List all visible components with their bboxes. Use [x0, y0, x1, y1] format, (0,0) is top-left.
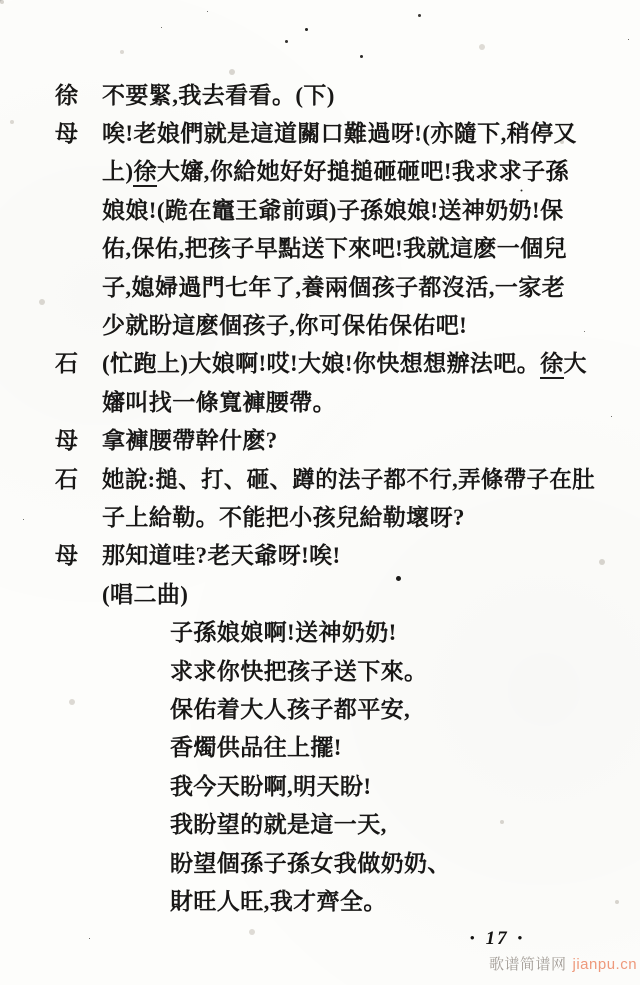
line-text: 子孫娘娘啊!送神奶奶! — [170, 614, 397, 647]
script-line: 石(忙跑上)大娘啊!哎!大娘!你快想想辦法吧。徐大 — [55, 343, 615, 381]
script-line: 佑,保佑,把孩子早點送下來吧!我就這麽一個兒 — [55, 228, 615, 266]
line-text: 少就盼這麽個孩子,你可保佑保佑吧! — [102, 307, 467, 340]
script-line: 母那知道哇?老天爺呀!唉! — [55, 535, 615, 573]
script-line: 徐不要緊,我去看看。(下) — [55, 74, 615, 112]
line-text: 佑,保佑,把孩子早點送下來吧!我就這麽一個兒 — [102, 230, 567, 263]
scanned-page: 徐不要緊,我去看看。(下)母唉!老娘們就是這道關口難過呀!(亦隨下,稍停又上)徐… — [0, 0, 640, 985]
page-number: • 17 • — [470, 928, 524, 950]
speaker-label: 母 — [55, 115, 102, 148]
speaker-label: 徐 — [55, 77, 102, 110]
script-line: 上)徐大嬸,你給她好好搥搥砸砸吧!我求求子孫 — [55, 151, 615, 189]
speaker-label: 母 — [55, 422, 102, 455]
watermark-domain: jianpu.cn — [573, 956, 638, 973]
watermark: 歌谱简谱网 jianpu.cn — [489, 953, 637, 974]
line-text: 我今天盼啊,明天盼! — [170, 768, 371, 801]
proper-name-underline: 徐 — [133, 159, 156, 187]
script-line: 少就盼這麽個孩子,你可保佑保佑吧! — [55, 304, 615, 342]
script-line: 子上給勒。不能把小孩兒給勒壞呀? — [55, 496, 615, 534]
line-text: 財旺人旺,我才齊全。 — [170, 883, 387, 916]
line-text: 求求你快把孩子送下來。 — [170, 653, 427, 686]
script-line: 母唉!老娘們就是這道關口難過呀!(亦隨下,稍停又 — [55, 112, 615, 150]
line-text: 上)徐大嬸,你給她好好搥搥砸砸吧!我求求子孫 — [102, 153, 569, 186]
page-number-value: 17 — [486, 928, 509, 950]
script-line: 母拿褲腰帶幹什麽? — [55, 420, 615, 458]
script-line: 香燭供品往上擺! — [55, 727, 615, 765]
line-text: 盼望個孫子孫女我做奶奶、 — [170, 845, 451, 878]
line-text: (忙跑上)大娘啊!哎!大娘!你快想想辦法吧。徐大 — [102, 345, 587, 378]
line-text: 那知道哇?老天爺呀!唉! — [102, 537, 341, 570]
line-text: 嬸叫找一條寬褲腰帶。 — [102, 384, 336, 417]
proper-name-underline: 徐 — [540, 351, 563, 379]
speaker-label: 石 — [55, 461, 102, 494]
script-line: 子,媳婦過門七年了,養兩個孩子都沒活,一家老 — [55, 266, 615, 304]
script-line: (唱二曲) — [55, 573, 615, 611]
page-number-dot-right: • — [518, 930, 525, 946]
line-text: (唱二曲) — [102, 576, 188, 609]
line-text: 唉!老娘們就是這道關口難過呀!(亦隨下,稍停又 — [102, 115, 577, 148]
script-line: 娘娘!(跪在竈王爺前頭)子孫娘娘!送神奶奶!保 — [55, 189, 615, 227]
script-line: 我今天盼啊,明天盼! — [55, 765, 615, 803]
scan-noise-light — [0, 0, 4, 4]
page-number-dot-left: • — [470, 930, 477, 946]
script-line: 石她說:搥、打、砸、蹲的法子都不行,弄條帶子在肚 — [55, 458, 615, 496]
script-line: 保佑着大人孩子都平安, — [55, 688, 615, 726]
line-text: 香燭供品往上擺! — [170, 729, 342, 762]
speaker-label: 母 — [55, 537, 102, 570]
line-text: 拿褲腰帶幹什麽? — [102, 422, 278, 455]
line-text: 子,媳婦過門七年了,養兩個孩子都沒活,一家老 — [102, 269, 565, 302]
script-line: 子孫娘娘啊!送神奶奶! — [55, 611, 615, 649]
watermark-site-name: 歌谱简谱网 — [489, 953, 567, 974]
script-line: 求求你快把孩子送下來。 — [55, 650, 615, 688]
line-text: 不要緊,我去看看。(下) — [102, 77, 335, 110]
line-text: 她說:搥、打、砸、蹲的法子都不行,弄條帶子在肚 — [102, 461, 595, 494]
speaker-label: 石 — [55, 345, 102, 378]
line-text: 娘娘!(跪在竈王爺前頭)子孫娘娘!送神奶奶!保 — [102, 192, 564, 225]
line-text: 子上給勒。不能把小孩兒給勒壞呀? — [102, 499, 465, 532]
script-line: 財旺人旺,我才齊全。 — [55, 880, 615, 918]
line-text: 我盼望的就是這一天, — [170, 806, 387, 839]
script-text-block: 徐不要緊,我去看看。(下)母唉!老娘們就是這道關口難過呀!(亦隨下,稍停又上)徐… — [55, 74, 615, 919]
script-line: 嬸叫找一條寬褲腰帶。 — [55, 381, 615, 419]
line-text: 保佑着大人孩子都平安, — [170, 691, 410, 724]
script-line: 盼望個孫子孫女我做奶奶、 — [55, 842, 615, 880]
script-line: 我盼望的就是這一天, — [55, 803, 615, 841]
